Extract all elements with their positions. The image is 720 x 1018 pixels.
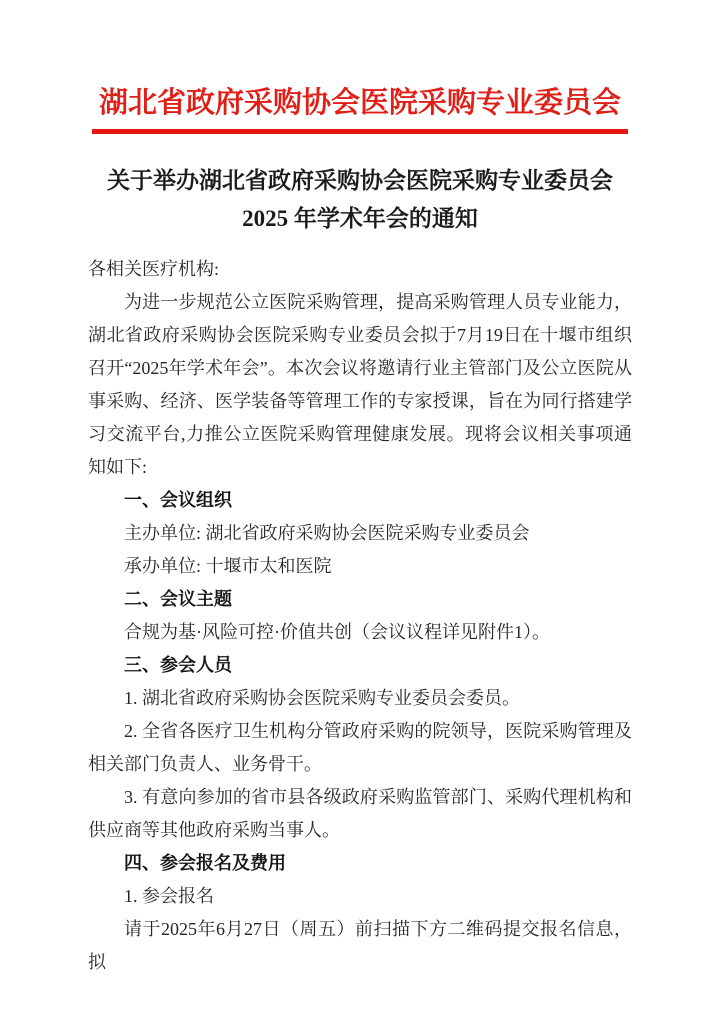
intro-paragraph: 为进一步规范公立医院采购管理，提高采购管理人员专业能力，湖北省政府采购协会医院采…	[88, 286, 632, 484]
registration-subitem: 1. 参会报名	[88, 880, 632, 913]
attendee-item-3: 3. 有意向参加的省市县各级政府采购监管部门、采购代理机构和供应商等其他政府采购…	[88, 781, 632, 847]
conference-theme-line: 合规为基·风险可控·价值共创（会议议程详见附件1）。	[88, 616, 632, 649]
notice-title-line2: 2025 年学术年会的通知	[0, 200, 720, 238]
red-divider-line	[92, 129, 628, 134]
attendee-item-2: 2. 全省各医疗卫生机构分管政府采购的院领导，医院采购管理及相关部门负责人、业务…	[88, 715, 632, 781]
section-2-heading: 二、会议主题	[88, 583, 632, 616]
document-body: 各相关医疗机构: 为进一步规范公立医院采购管理，提高采购管理人员专业能力，湖北省…	[88, 253, 632, 979]
attendee-item-1: 1. 湖北省政府采购协会医院采购专业委员会委员。	[88, 682, 632, 715]
salutation-line: 各相关医疗机构:	[88, 253, 632, 286]
notice-title: 关于举办湖北省政府采购协会医院采购专业委员会 2025 年学术年会的通知	[0, 162, 720, 238]
document-page: 湖北省政府采购协会医院采购专业委员会 关于举办湖北省政府采购协会医院采购专业委员…	[0, 0, 720, 1018]
notice-title-line1: 关于举办湖北省政府采购协会医院采购专业委员会	[0, 162, 720, 200]
host-unit-line: 主办单位: 湖北省政府采购协会医院采购专业委员会	[88, 517, 632, 550]
org-banner-title: 湖北省政府采购协会医院采购专业委员会	[90, 84, 630, 122]
section-3-heading: 三、参会人员	[88, 649, 632, 682]
section-4-heading: 四、参会报名及费用	[88, 847, 632, 880]
registration-deadline-paragraph: 请于2025年6月27日（周五）前扫描下方二维码提交报名信息，拟	[88, 913, 632, 979]
section-1-heading: 一、会议组织	[88, 484, 632, 517]
organizer-unit-line: 承办单位: 十堰市太和医院	[88, 550, 632, 583]
